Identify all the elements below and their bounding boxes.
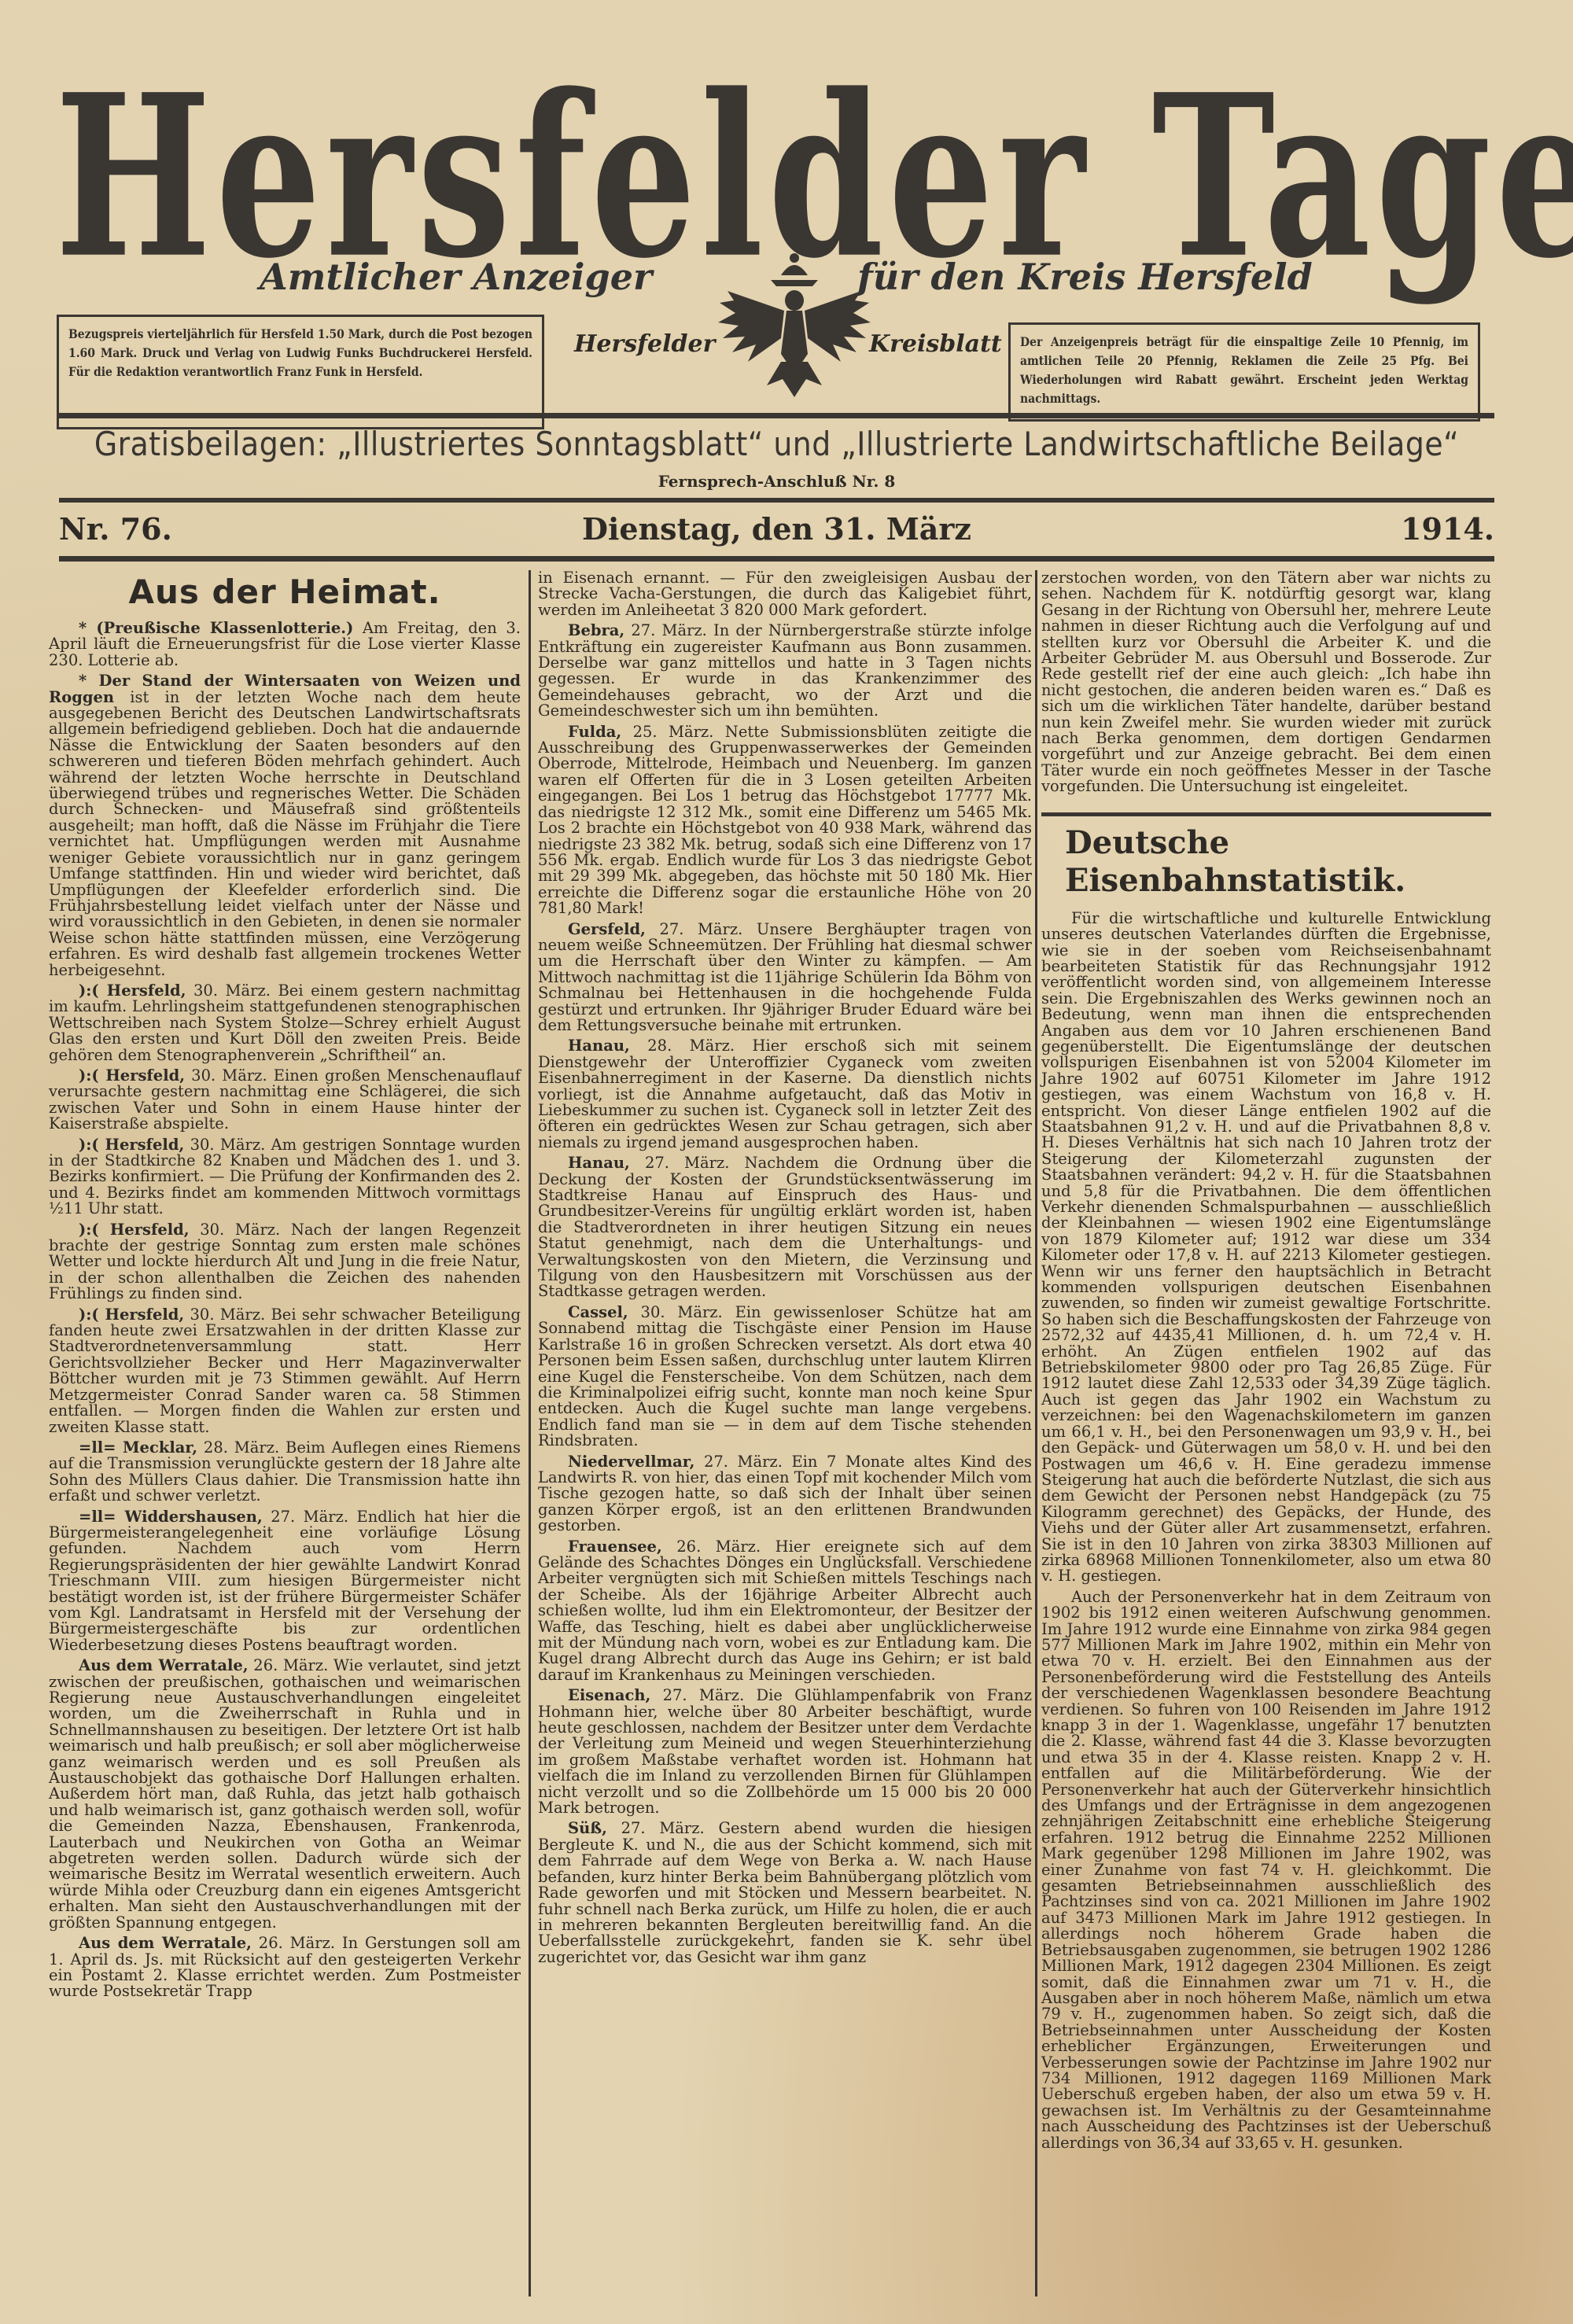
news-item: Frauensee, 26. März. Hier ereignete sich… [538,1539,1032,1684]
news-item: Bebra, 27. März. In der Nürnbergerstraße… [538,623,1032,719]
news-item: Cassel, 30. März. Ein gewissenloser Schü… [538,1305,1032,1449]
news-item-text: 27. März. Nachdem die Ordnung über die D… [538,1154,1032,1300]
column-1-articles: * (Preußische Klassenlotterie.) Am Freit… [49,621,521,2000]
section-heading: Aus der Heimat. [49,573,521,611]
article-continuation: zerstochen worden, von den Tätern aber w… [1041,570,1491,795]
masthead: Hersfelder Tageblatt [55,63,1494,236]
news-item-text: 26. März. Wie verlautet, sind jetzt zwis… [49,1656,521,1932]
column-2-articles: in Eisenach ernannt. — Für den zweigleis… [538,570,1032,1965]
issue-year: 1914. [1401,511,1494,547]
subtitle-left: Amtlicher Anzeiger [260,256,652,298]
news-item: ):( Hersfeld, 30. März. Bei einem gester… [49,983,521,1063]
article-paragraph: Auch der Personenverkehr hat in dem Zeit… [1041,1589,1491,2151]
column-rule [1035,570,1037,2296]
divider [59,413,1494,418]
column-3: zerstochen worden, von den Tätern aber w… [1041,570,1491,2156]
section-divider [1041,812,1491,816]
supplements-line: Gratisbeilagen: „Illustriertes Sonntagsb… [59,425,1494,463]
news-item-text: 27. März. Gestern abend wurden die hiesi… [538,1819,1032,1965]
news-item: Hanau, 28. März. Hier erschoß sich mit s… [538,1038,1032,1151]
section-heading-railway: Deutsche Eisenbahnstatistik. [1041,824,1491,900]
news-item: Gersfeld, 27. März. Unsere Berghäupter t… [538,922,1032,1034]
advertising-info-box: Der Anzeigenpreis beträgt für die einspa… [1008,322,1480,422]
dateline: Nr. 76. Dienstag, den 31. März 1914. [59,511,1494,558]
news-item-text: 30. März. Bei sehr schwacher Beteiligung… [49,1306,521,1436]
divider [59,498,1494,503]
news-item: * Der Stand der Wintersaaten von Weizen … [49,673,521,978]
news-item: Hanau, 27. März. Nachdem die Ordnung übe… [538,1155,1032,1300]
news-item: ):( Hersfeld, 30. März. Bei sehr schwach… [49,1307,521,1435]
news-item: Aus dem Werratale, 26. März. In Gerstung… [49,1935,521,2000]
news-item: ):( Hersfeld, 30. März. Nach der langen … [49,1222,521,1302]
news-item-text: 28. März. Hier erschoß sich mit seinem D… [538,1037,1032,1151]
news-item: Süß, 27. März. Gestern abend wurden die … [538,1821,1032,1965]
emblem-label-left: Hersfelder [574,330,715,358]
news-item: Fulda, 25. März. Nette Submissionsblüten… [538,724,1032,917]
news-item: =ll= Widdershausen, 27. März. Endlich ha… [49,1509,521,1654]
column-2: in Eisenach ernannt. — Für den zweigleis… [538,570,1032,1970]
news-item: =ll= Mecklar, 28. März. Beim Auflegen ei… [49,1440,521,1505]
news-item-text: ist in der letzten Woche nach dem heute … [49,688,521,979]
news-item-text: 26. März. Hier ereignete sich auf dem Ge… [538,1538,1032,1684]
news-item: ):( Hersfeld, 30. März. Einen großen Men… [49,1068,521,1133]
article-paragraph: Für die wirtschaftliche und kulturelle E… [1041,911,1491,1585]
emblem-label-right: Kreisblatt [869,330,1002,358]
issue-date: Dienstag, den 31. März [59,511,1494,547]
news-item-text: 30. März. Ein gewissenloser Schütze hat … [538,1303,1032,1449]
news-item-text: in Eisenach ernannt. — Für den zweigleis… [538,569,1032,619]
news-item: Niedervellmar, 27. März. Ein 7 Monate al… [538,1454,1032,1534]
imperial-eagle-icon [712,244,877,401]
news-item-text: 27. März. Endlich hat hier die Bürgermei… [49,1508,521,1654]
news-item: Aus dem Werratale, 26. März. Wie verlaut… [49,1658,521,1931]
news-item-text: 25. März. Nette Submissionsblüten zeitig… [538,723,1032,917]
column-1: Aus der Heimat. * (Preußische Klassenlot… [49,570,521,2005]
news-item: Eisenach, 27. März. Die Glühlampenfabrik… [538,1688,1032,1816]
news-item: in Eisenach ernannt. — Für den zweigleis… [538,570,1032,618]
news-item-text: 27. März. Die Glühlampenfabrik von Franz… [538,1686,1032,1817]
news-item: ):( Hersfeld, 30. März. Am gestrigen Son… [49,1137,521,1217]
phone-line: Fernsprech-Anschluß Nr. 8 [59,472,1494,491]
news-item: * (Preußische Klassenlotterie.) Am Freit… [49,621,521,668]
column-rule [529,570,531,2296]
divider [59,556,1494,562]
subtitle-right: für den Kreis Hersfeld [857,256,1313,298]
news-item-text: 27. März. Unsere Berghäupter tragen von … [538,920,1032,1034]
